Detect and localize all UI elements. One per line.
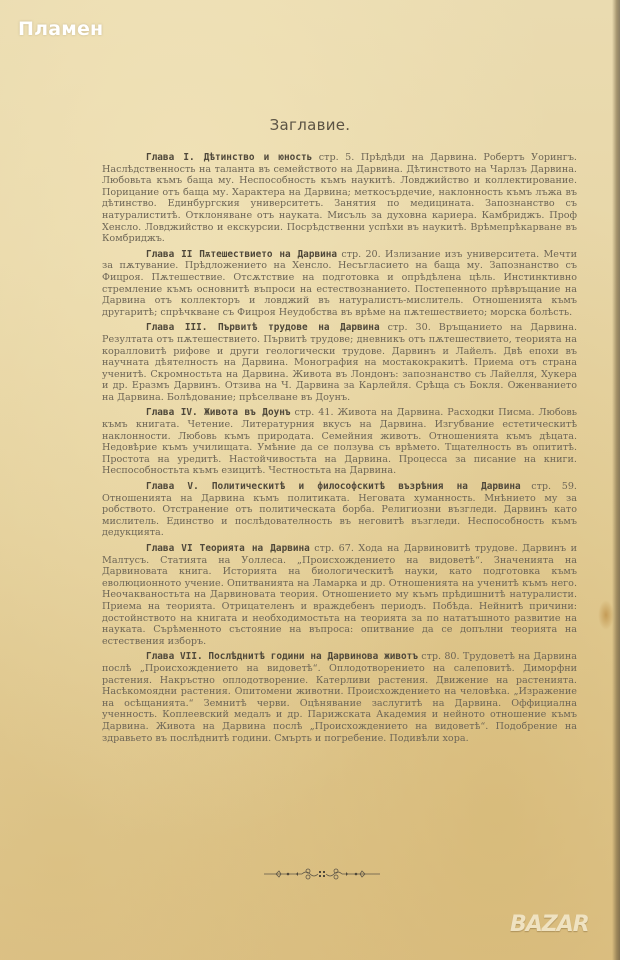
- chapter-entry-4: Глава IV. Живота въ Доунъ стр. 41. Живот…: [102, 407, 577, 477]
- chapter-summary: Трудоветѣ на Дарвина послѣ „Происхождени…: [102, 651, 577, 743]
- chapter-page-ref: стр. 67.: [314, 543, 354, 554]
- chapter-page-ref: стр. 20.: [341, 249, 380, 260]
- chapter-summary: Хода на Дарвиновитѣ трудове. Дарвинъ и М…: [102, 543, 577, 647]
- chapter-heading: Глава VII. Послѣднитѣ години на Дарвинов…: [146, 651, 418, 662]
- chapter-page-ref: стр. 80.: [421, 651, 459, 662]
- chapter-page-ref: стр. 41.: [294, 407, 333, 418]
- book-page: Пламен Заглавие. Глава I. Дѣтинство и юн…: [0, 0, 620, 960]
- chapter-heading: Глава I. Дѣтинство и юность: [146, 152, 312, 163]
- chapter-summary: Връщанието на Дарвина. Резултата отъ пѫт…: [102, 322, 577, 403]
- decorative-divider-icon: [262, 868, 382, 880]
- chapter-entry-5: Глава V. Политическитѣ и философскитѣ въ…: [102, 481, 577, 539]
- chapter-entry-2: Глава II Пѫтешествието на Дарвина стр. 2…: [102, 249, 577, 319]
- chapter-summary: Отношенията на Дарвина къмъ политиката. …: [102, 493, 577, 539]
- chapter-summary: Прѣдѣди на Дарвина. Робертъ Уорингъ. Нас…: [102, 152, 577, 244]
- chapter-entry-1: Глава I. Дѣтинство и юность стр. 5. Прѣд…: [102, 152, 577, 245]
- watermark-bazar-logo: BAZAR: [510, 912, 589, 937]
- watermark-seller-name: Пламен: [18, 18, 103, 40]
- chapter-heading: Глава VI Теорията на Дарвина: [146, 543, 310, 554]
- chapter-heading: Глава III. Първитѣ трудове на Дарвина: [146, 322, 380, 333]
- page-spine-shadow: [612, 0, 620, 960]
- chapter-page-ref: стр. 5.: [319, 152, 355, 163]
- chapter-page-ref: стр. 59.: [531, 481, 577, 492]
- page-title: Заглавие.: [0, 116, 620, 134]
- table-of-contents: Глава I. Дѣтинство и юность стр. 5. Прѣд…: [102, 152, 577, 748]
- paper-stain: [598, 600, 614, 630]
- chapter-entry-7: Глава VII. Послѣднитѣ години на Дарвинов…: [102, 651, 577, 744]
- chapter-heading: Глава II Пѫтешествието на Дарвина: [146, 249, 337, 260]
- chapter-page-ref: стр. 30.: [388, 322, 431, 333]
- chapter-entry-6: Глава VI Теорията на Дарвина стр. 67. Хо…: [102, 543, 577, 647]
- chapter-heading: Глава IV. Живота въ Доунъ: [146, 407, 291, 418]
- chapter-heading: Глава V. Политическитѣ и философскитѣ въ…: [146, 481, 521, 492]
- chapter-entry-3: Глава III. Първитѣ трудове на Дарвина ст…: [102, 322, 577, 403]
